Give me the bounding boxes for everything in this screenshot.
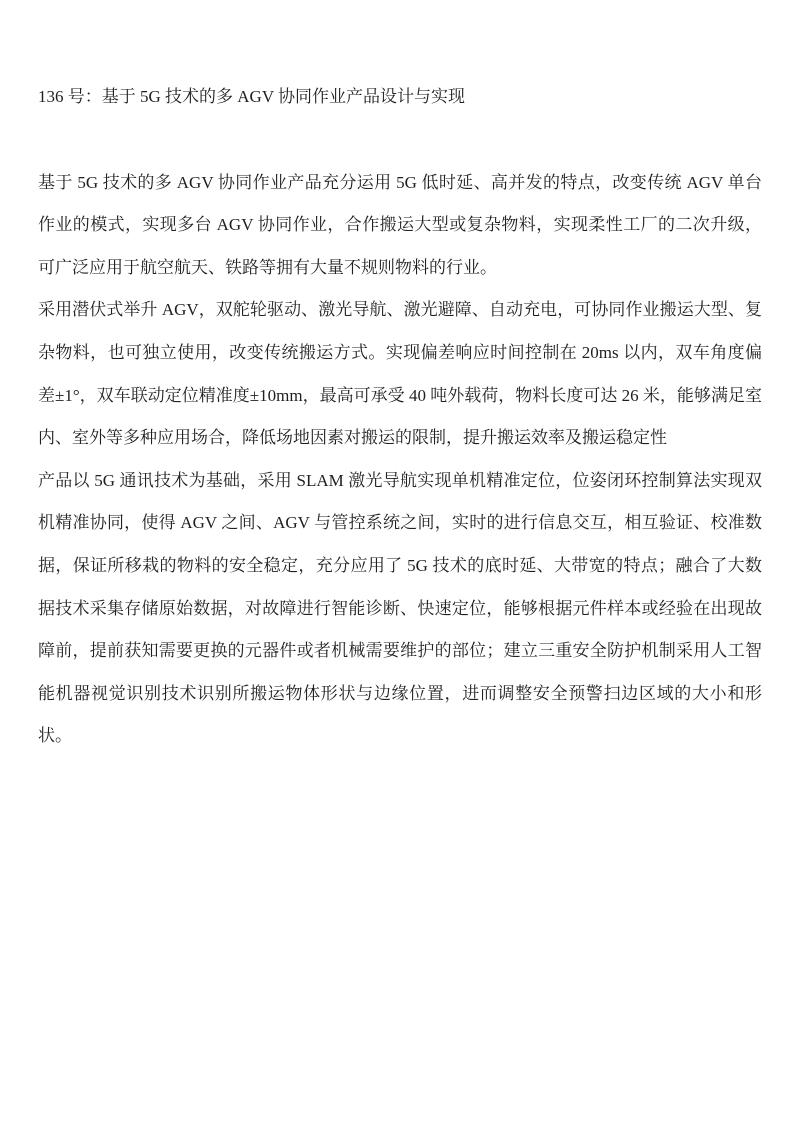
document-body: 基于 5G 技术的多 AGV 协同作业产品充分运用 5G 低时延、高并发的特点，… bbox=[38, 162, 762, 758]
paragraph-overview: 基于 5G 技术的多 AGV 协同作业产品充分运用 5G 低时延、高并发的特点，… bbox=[38, 162, 762, 290]
paragraph-hardware-specs: 采用潜伏式举升 AGV，双舵轮驱动、激光导航、激光避障、自动充电，可协同作业搬运… bbox=[38, 289, 762, 459]
document-title: 136 号：基于 5G 技术的多 AGV 协同作业产品设计与实现 bbox=[38, 76, 762, 119]
document-page: 136 号：基于 5G 技术的多 AGV 协同作业产品设计与实现 基于 5G 技… bbox=[0, 0, 800, 1131]
paragraph-technology-details: 产品以 5G 通讯技术为基础，采用 SLAM 激光导航实现单机精准定位，位姿闭环… bbox=[38, 460, 762, 758]
